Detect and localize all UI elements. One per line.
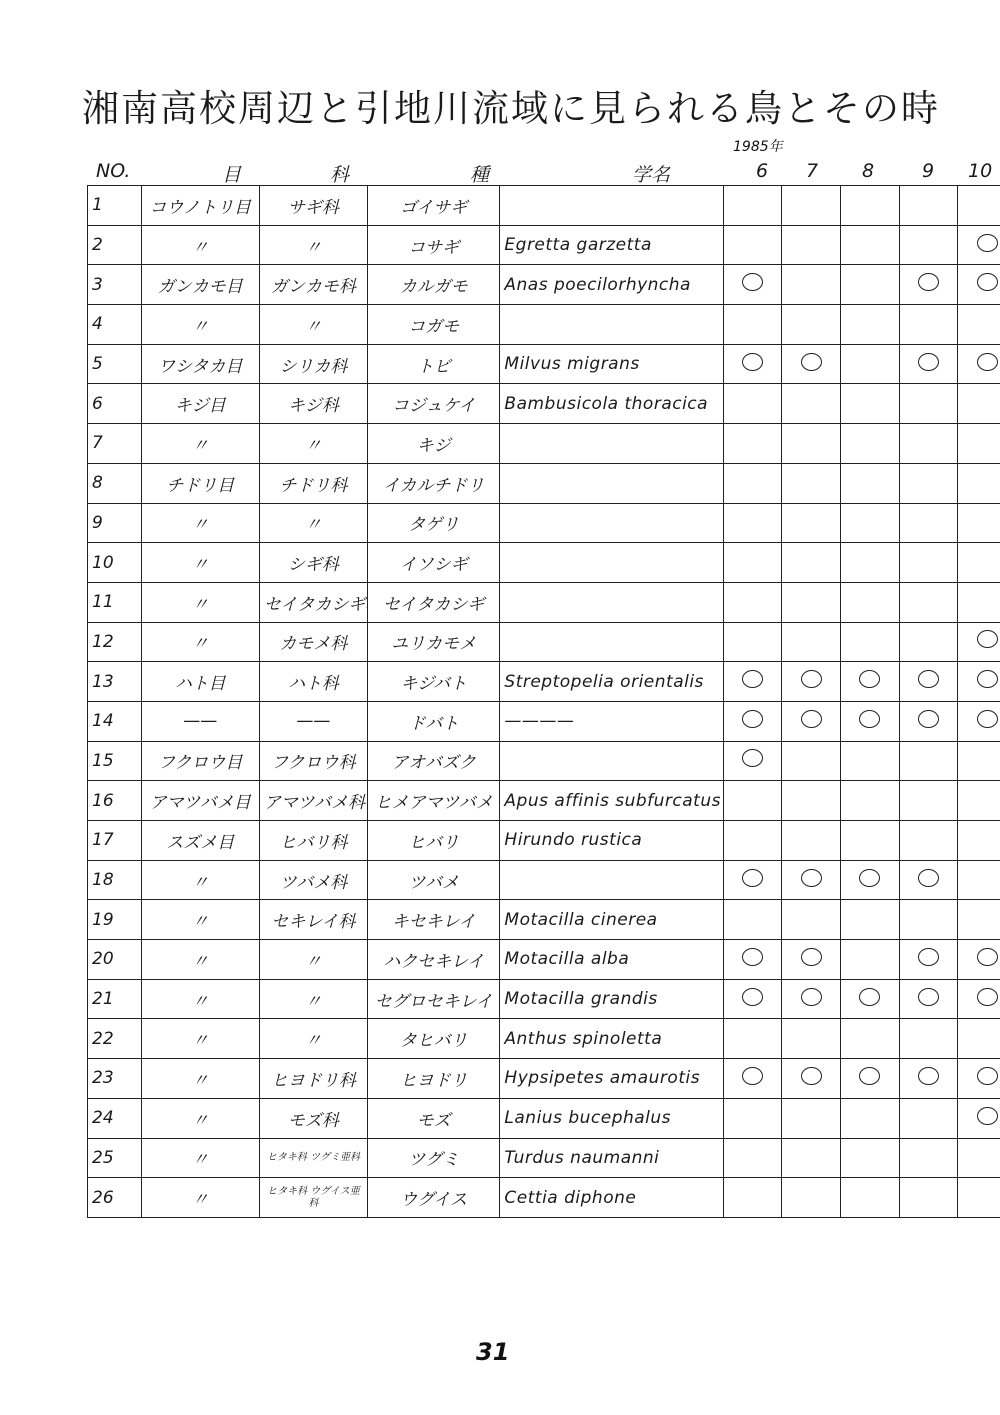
table-row: 12〃カモメ科ユリカモメ	[88, 622, 1000, 662]
order-cell: チドリ目	[141, 463, 259, 503]
family-cell: モズ科	[259, 1098, 367, 1138]
month-8-cell	[841, 424, 900, 464]
species-cell: ウグイス	[367, 1178, 499, 1218]
scientific-name-cell	[500, 543, 723, 583]
month-8-cell	[841, 781, 900, 821]
row-number: 8	[88, 463, 142, 503]
order-cell: アマツバメ目	[141, 781, 259, 821]
family-cell: 〃	[259, 979, 367, 1019]
observed-circle-icon	[977, 234, 998, 252]
row-number: 20	[88, 940, 142, 980]
family-cell: セキレイ科	[259, 900, 367, 940]
month-7-cell	[782, 821, 841, 861]
scientific-name-cell: Motacilla alba	[500, 940, 723, 980]
month-10-cell	[958, 543, 1000, 583]
table-row: 16アマツバメ目アマツバメ科ヒメアマツバメApus affinis subfur…	[88, 781, 1000, 821]
scientific-name-cell: Motacilla grandis	[500, 979, 723, 1019]
row-number: 21	[88, 979, 142, 1019]
scientific-name-cell: Milvus migrans	[500, 344, 723, 384]
month-6-cell	[723, 1019, 782, 1059]
order-cell: 〃	[141, 424, 259, 464]
header-scientific: 学名	[632, 160, 670, 187]
scientific-name-cell: Hirundo rustica	[500, 821, 723, 861]
month-8-cell	[841, 344, 900, 384]
observed-circle-icon	[801, 353, 822, 371]
month-10-cell	[958, 463, 1000, 503]
table-row: 9〃〃タゲリ	[88, 503, 1000, 543]
month-7-cell	[782, 305, 841, 345]
scientific-name-cell	[500, 741, 723, 781]
observed-circle-icon	[742, 273, 763, 291]
row-number: 12	[88, 622, 142, 662]
month-10-cell	[958, 781, 1000, 821]
month-7-cell	[782, 741, 841, 781]
observed-circle-icon	[801, 948, 822, 966]
species-cell: セイタカシギ	[367, 582, 499, 622]
month-9-cell	[899, 503, 958, 543]
header-month-10: 10	[968, 160, 992, 182]
month-7-cell	[782, 186, 841, 226]
observed-circle-icon	[742, 948, 763, 966]
row-number: 18	[88, 860, 142, 900]
month-7-cell	[782, 1019, 841, 1059]
order-cell: 〃	[141, 622, 259, 662]
month-9-cell	[899, 701, 958, 741]
month-6-cell	[723, 186, 782, 226]
table-row: 26〃ヒタキ科 ウグイス亜科ウグイスCettia diphone	[88, 1178, 1000, 1218]
species-cell: ヒヨドリ	[367, 1059, 499, 1099]
species-cell: ユリカモメ	[367, 622, 499, 662]
month-9-cell	[899, 860, 958, 900]
family-cell: セイタカシギ科	[259, 582, 367, 622]
observed-circle-icon	[977, 630, 998, 648]
month-10-cell	[958, 186, 1000, 226]
month-10-cell	[958, 1178, 1000, 1218]
observed-circle-icon	[918, 988, 939, 1006]
month-9-cell	[899, 979, 958, 1019]
row-number: 15	[88, 741, 142, 781]
species-cell: セグロセキレイ	[367, 979, 499, 1019]
month-6-cell	[723, 741, 782, 781]
month-8-cell	[841, 741, 900, 781]
species-cell: キセキレイ	[367, 900, 499, 940]
order-cell: ハト目	[141, 662, 259, 702]
order-cell: 〃	[141, 979, 259, 1019]
month-9-cell	[899, 424, 958, 464]
month-7-cell	[782, 1059, 841, 1099]
family-cell: フクロウ科	[259, 741, 367, 781]
observed-circle-icon	[742, 749, 763, 767]
species-cell: ゴイサギ	[367, 186, 499, 226]
observed-circle-icon	[977, 710, 998, 728]
month-6-cell	[723, 940, 782, 980]
observed-circle-icon	[742, 670, 763, 688]
month-6-cell	[723, 503, 782, 543]
observed-circle-icon	[801, 1067, 822, 1085]
family-cell: アマツバメ科	[259, 781, 367, 821]
observed-circle-icon	[977, 273, 998, 291]
month-8-cell	[841, 821, 900, 861]
month-8-cell	[841, 622, 900, 662]
month-10-cell	[958, 1019, 1000, 1059]
scientific-name-cell: Cettia diphone	[500, 1178, 723, 1218]
month-9-cell	[899, 1019, 958, 1059]
month-9-cell	[899, 940, 958, 980]
row-number: 19	[88, 900, 142, 940]
scientific-name-cell	[500, 424, 723, 464]
month-7-cell	[782, 701, 841, 741]
month-7-cell	[782, 781, 841, 821]
family-cell: ガンカモ科	[259, 265, 367, 305]
table-row: 21〃〃セグロセキレイMotacilla grandis	[88, 979, 1000, 1019]
observed-circle-icon	[859, 670, 880, 688]
month-6-cell	[723, 344, 782, 384]
species-cell: コサギ	[367, 225, 499, 265]
scientific-name-cell	[500, 305, 723, 345]
month-7-cell	[782, 860, 841, 900]
month-8-cell	[841, 979, 900, 1019]
month-8-cell	[841, 940, 900, 980]
month-10-cell	[958, 940, 1000, 980]
month-9-cell	[899, 821, 958, 861]
scientific-name-cell: Turdus naumanni	[500, 1138, 723, 1178]
observed-circle-icon	[801, 710, 822, 728]
scientific-name-cell: Lanius bucephalus	[500, 1098, 723, 1138]
month-10-cell	[958, 265, 1000, 305]
row-number: 1	[88, 186, 142, 226]
month-9-cell	[899, 344, 958, 384]
month-6-cell	[723, 384, 782, 424]
order-cell: ——	[141, 701, 259, 741]
month-6-cell	[723, 821, 782, 861]
month-6-cell	[723, 424, 782, 464]
month-6-cell	[723, 622, 782, 662]
species-cell: イソシギ	[367, 543, 499, 583]
bird-observation-table: 1コウノトリ目サギ科ゴイサギ2〃〃コサギEgretta garzetta3ガンカ…	[87, 185, 1000, 1218]
observed-circle-icon	[859, 1067, 880, 1085]
observed-circle-icon	[918, 948, 939, 966]
scientific-name-cell: Streptopelia orientalis	[500, 662, 723, 702]
observed-circle-icon	[977, 1067, 998, 1085]
species-cell: コガモ	[367, 305, 499, 345]
family-cell: 〃	[259, 424, 367, 464]
observed-circle-icon	[977, 988, 998, 1006]
order-cell: 〃	[141, 1019, 259, 1059]
table-row: 20〃〃ハクセキレイMotacilla alba	[88, 940, 1000, 980]
month-8-cell	[841, 1059, 900, 1099]
month-8-cell	[841, 1138, 900, 1178]
month-7-cell	[782, 463, 841, 503]
month-8-cell	[841, 225, 900, 265]
month-6-cell	[723, 305, 782, 345]
month-9-cell	[899, 265, 958, 305]
observed-circle-icon	[859, 988, 880, 1006]
table-row: 7〃〃キジ	[88, 424, 1000, 464]
page-number: 31	[476, 1338, 509, 1366]
row-number: 2	[88, 225, 142, 265]
month-7-cell	[782, 979, 841, 1019]
order-cell: ワシタカ目	[141, 344, 259, 384]
scientific-name-cell: Anas poecilorhyncha	[500, 265, 723, 305]
order-cell: 〃	[141, 940, 259, 980]
row-number: 14	[88, 701, 142, 741]
order-cell: 〃	[141, 543, 259, 583]
scientific-name-cell: Bambusicola thoracica	[500, 384, 723, 424]
year-label: 1985年	[733, 136, 783, 156]
scientific-name-cell	[500, 186, 723, 226]
observed-circle-icon	[977, 1107, 998, 1125]
row-number: 13	[88, 662, 142, 702]
family-cell: 〃	[259, 940, 367, 980]
month-7-cell	[782, 543, 841, 583]
scientific-name-cell: Hypsipetes amaurotis	[500, 1059, 723, 1099]
scientific-name-cell: Egretta garzetta	[500, 225, 723, 265]
month-10-cell	[958, 741, 1000, 781]
scientific-name-cell: ————	[500, 701, 723, 741]
species-cell: カルガモ	[367, 265, 499, 305]
month-9-cell	[899, 305, 958, 345]
month-8-cell	[841, 305, 900, 345]
observed-circle-icon	[742, 988, 763, 1006]
family-cell: ヒヨドリ科	[259, 1059, 367, 1099]
month-7-cell	[782, 424, 841, 464]
header-month-6: 6	[756, 160, 768, 182]
row-number: 22	[88, 1019, 142, 1059]
row-number: 24	[88, 1098, 142, 1138]
month-10-cell	[958, 384, 1000, 424]
month-8-cell	[841, 186, 900, 226]
month-6-cell	[723, 463, 782, 503]
month-9-cell	[899, 463, 958, 503]
observed-circle-icon	[801, 988, 822, 1006]
observed-circle-icon	[918, 710, 939, 728]
family-cell: チドリ科	[259, 463, 367, 503]
month-8-cell	[841, 503, 900, 543]
row-number: 25	[88, 1138, 142, 1178]
month-6-cell	[723, 860, 782, 900]
month-6-cell	[723, 900, 782, 940]
order-cell: 〃	[141, 1059, 259, 1099]
month-8-cell	[841, 384, 900, 424]
month-10-cell	[958, 900, 1000, 940]
order-cell: 〃	[141, 1138, 259, 1178]
month-9-cell	[899, 622, 958, 662]
family-cell: ツバメ科	[259, 860, 367, 900]
table-row: 15フクロウ目フクロウ科アオバズク	[88, 741, 1000, 781]
header-month-7: 7	[806, 160, 818, 182]
table-row: 18〃ツバメ科ツバメ	[88, 860, 1000, 900]
month-9-cell	[899, 741, 958, 781]
month-8-cell	[841, 701, 900, 741]
observed-circle-icon	[977, 353, 998, 371]
family-cell: シギ科	[259, 543, 367, 583]
table-row: 11〃セイタカシギ科セイタカシギ	[88, 582, 1000, 622]
month-6-cell	[723, 701, 782, 741]
table-row: 22〃〃タヒバリAnthus spinoletta	[88, 1019, 1000, 1059]
month-9-cell	[899, 1138, 958, 1178]
page-title: 湘南高校周辺と引地川流域に見られる鳥とその時	[82, 78, 940, 132]
table-row: 5ワシタカ目シリカ科トビMilvus migrans	[88, 344, 1000, 384]
order-cell: 〃	[141, 1178, 259, 1218]
month-9-cell	[899, 582, 958, 622]
month-10-cell	[958, 582, 1000, 622]
order-cell: 〃	[141, 503, 259, 543]
month-8-cell	[841, 543, 900, 583]
month-6-cell	[723, 582, 782, 622]
row-number: 26	[88, 1178, 142, 1218]
month-9-cell	[899, 1098, 958, 1138]
month-10-cell	[958, 1059, 1000, 1099]
family-cell: ヒバリ科	[259, 821, 367, 861]
scientific-name-cell	[500, 463, 723, 503]
month-8-cell	[841, 860, 900, 900]
family-cell: ヒタキ科 ツグミ亜科	[259, 1138, 367, 1178]
order-cell: キジ目	[141, 384, 259, 424]
species-cell: モズ	[367, 1098, 499, 1138]
month-10-cell	[958, 979, 1000, 1019]
header-species: 種	[470, 160, 489, 187]
scientific-name-cell: Motacilla cinerea	[500, 900, 723, 940]
family-cell: 〃	[259, 503, 367, 543]
scientific-name-cell: Anthus spinoletta	[500, 1019, 723, 1059]
order-cell: 〃	[141, 225, 259, 265]
species-cell: ハクセキレイ	[367, 940, 499, 980]
header-order: 目	[222, 160, 241, 187]
month-6-cell	[723, 543, 782, 583]
table-row: 8チドリ目チドリ科イカルチドリ	[88, 463, 1000, 503]
month-7-cell	[782, 900, 841, 940]
row-number: 9	[88, 503, 142, 543]
family-cell: ヒタキ科 ウグイス亜科	[259, 1178, 367, 1218]
month-10-cell	[958, 1138, 1000, 1178]
month-10-cell	[958, 344, 1000, 384]
family-cell: カモメ科	[259, 622, 367, 662]
table-row: 1コウノトリ目サギ科ゴイサギ	[88, 186, 1000, 226]
header-month-9: 9	[922, 160, 934, 182]
month-6-cell	[723, 1178, 782, 1218]
table-row: 25〃ヒタキ科 ツグミ亜科ツグミTurdus naumanni	[88, 1138, 1000, 1178]
month-10-cell	[958, 225, 1000, 265]
scientific-name-cell	[500, 582, 723, 622]
observed-circle-icon	[742, 353, 763, 371]
month-9-cell	[899, 543, 958, 583]
table-row: 17スズメ目ヒバリ科ヒバリHirundo rustica	[88, 821, 1000, 861]
row-number: 6	[88, 384, 142, 424]
table-row: 14————ドバト————	[88, 701, 1000, 741]
month-6-cell	[723, 781, 782, 821]
month-7-cell	[782, 1138, 841, 1178]
month-9-cell	[899, 781, 958, 821]
family-cell: キジ科	[259, 384, 367, 424]
table-row: 19〃セキレイ科キセキレイMotacilla cinerea	[88, 900, 1000, 940]
order-cell: 〃	[141, 582, 259, 622]
month-6-cell	[723, 1138, 782, 1178]
species-cell: トビ	[367, 344, 499, 384]
header-no: NO.	[96, 160, 130, 182]
month-10-cell	[958, 424, 1000, 464]
observed-circle-icon	[918, 670, 939, 688]
species-cell: キジ	[367, 424, 499, 464]
month-6-cell	[723, 265, 782, 305]
table-row: 4〃〃コガモ	[88, 305, 1000, 345]
table-row: 2〃〃コサギEgretta garzetta	[88, 225, 1000, 265]
month-9-cell	[899, 384, 958, 424]
observed-circle-icon	[742, 1067, 763, 1085]
month-7-cell	[782, 1178, 841, 1218]
species-cell: ツグミ	[367, 1138, 499, 1178]
row-number: 23	[88, 1059, 142, 1099]
family-cell: シリカ科	[259, 344, 367, 384]
table-row: 24〃モズ科モズLanius bucephalus	[88, 1098, 1000, 1138]
family-cell: 〃	[259, 305, 367, 345]
table-row: 10〃シギ科イソシギ	[88, 543, 1000, 583]
table-row: 3ガンカモ目ガンカモ科カルガモAnas poecilorhyncha	[88, 265, 1000, 305]
order-cell: コウノトリ目	[141, 186, 259, 226]
observed-circle-icon	[859, 869, 880, 887]
scientific-name-cell	[500, 860, 723, 900]
order-cell: 〃	[141, 860, 259, 900]
month-10-cell	[958, 860, 1000, 900]
month-10-cell	[958, 622, 1000, 662]
observed-circle-icon	[977, 948, 998, 966]
species-cell: ヒバリ	[367, 821, 499, 861]
row-number: 16	[88, 781, 142, 821]
table-row: 6キジ目キジ科コジュケイBambusicola thoracica	[88, 384, 1000, 424]
order-cell: 〃	[141, 305, 259, 345]
species-cell: アオバズク	[367, 741, 499, 781]
month-7-cell	[782, 662, 841, 702]
order-cell: フクロウ目	[141, 741, 259, 781]
order-cell: 〃	[141, 1098, 259, 1138]
row-number: 5	[88, 344, 142, 384]
order-cell: スズメ目	[141, 821, 259, 861]
month-7-cell	[782, 344, 841, 384]
month-6-cell	[723, 979, 782, 1019]
month-9-cell	[899, 662, 958, 702]
scientific-name-cell	[500, 622, 723, 662]
species-cell: ヒメアマツバメ	[367, 781, 499, 821]
row-number: 11	[88, 582, 142, 622]
month-6-cell	[723, 1059, 782, 1099]
header-month-8: 8	[862, 160, 874, 182]
month-9-cell	[899, 900, 958, 940]
species-cell: タヒバリ	[367, 1019, 499, 1059]
family-cell: ハト科	[259, 662, 367, 702]
observed-circle-icon	[801, 670, 822, 688]
month-8-cell	[841, 265, 900, 305]
scientific-name-cell: Apus affinis subfurcatus	[500, 781, 723, 821]
species-cell: キジバト	[367, 662, 499, 702]
species-cell: コジュケイ	[367, 384, 499, 424]
header-family: 科	[330, 160, 349, 187]
month-7-cell	[782, 265, 841, 305]
month-6-cell	[723, 225, 782, 265]
month-10-cell	[958, 503, 1000, 543]
month-8-cell	[841, 582, 900, 622]
table-row: 13ハト目ハト科キジバトStreptopelia orientalis	[88, 662, 1000, 702]
month-9-cell	[899, 1059, 958, 1099]
species-cell: ドバト	[367, 701, 499, 741]
scientific-name-cell	[500, 503, 723, 543]
month-6-cell	[723, 662, 782, 702]
row-number: 4	[88, 305, 142, 345]
order-cell: 〃	[141, 900, 259, 940]
month-10-cell	[958, 821, 1000, 861]
family-cell: サギ科	[259, 186, 367, 226]
month-7-cell	[782, 384, 841, 424]
observed-circle-icon	[801, 869, 822, 887]
observed-circle-icon	[742, 869, 763, 887]
